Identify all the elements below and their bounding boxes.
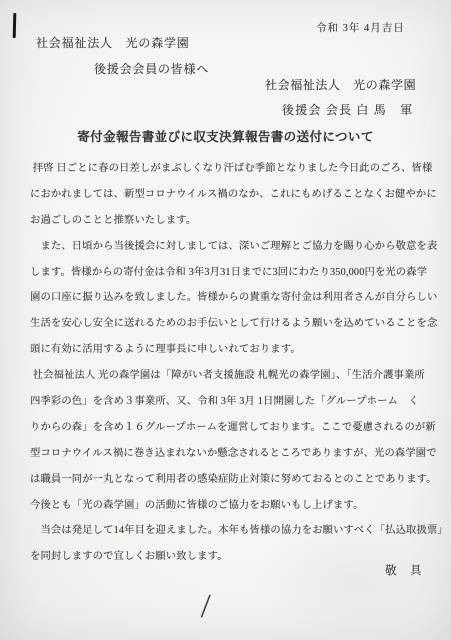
- body-line: 当会は発足して14年目を迎えました。本年も皆様の協力をお願いすべく「払込取扱票」: [30, 518, 428, 544]
- handwritten-page-mark: /: [200, 588, 211, 626]
- letter-body: 拝啓 日ごとに春の日差しがまぶしくなり汗ばむ季節となりました今日此のごろ、皆様 …: [30, 156, 428, 570]
- body-line: 今後とも「光の森学園」の活動に皆様のご協力をお願いもし上げます。: [30, 493, 428, 519]
- body-line: を同封しますので宜しくお願い致します。: [30, 544, 428, 570]
- closing-salutation: 敬 具: [385, 562, 423, 578]
- body-line: は職員一同が一丸となって利用者の感染症防止対策に努めておるとのことであります。: [30, 467, 428, 493]
- body-line: 生活を安心し安全に送れるためのお手伝いとして行けるよう願いを込めていることを念: [30, 311, 428, 337]
- scan-artifact-mark: [13, 13, 17, 38]
- body-line: 四季彩の色」を含め３事業所、又、令和 3年 3月 1日開園した「グループホーム …: [30, 389, 428, 415]
- letter-date: 令和 3年 4月吉日: [316, 20, 405, 35]
- body-line: お過ごしのことと推察いたします。: [30, 208, 428, 234]
- body-line: 型コロナウイルス禍に巻き込まれないか懸念されるところでありますが、光の森学園で: [30, 441, 428, 467]
- sender-organization: 社会福祉法人 光の森学園: [265, 76, 416, 93]
- addressee-organization: 社会福祉法人 光の森学園: [36, 34, 190, 51]
- body-line: 社会福祉法人 光の森学園は「障がい者支援施設 札幌光の森学園」、「生活介護事業所: [30, 363, 428, 389]
- body-line: 園の口座に振り込みを致しました。皆様からの貴重な寄付金は利用者さんが自分らしい: [30, 285, 428, 311]
- body-line: します。皆様からの寄付金は令和 3年3月31日までに3回にわたり350,000円…: [30, 260, 428, 286]
- addressee-recipients: 後援会会員の皆様へ: [94, 60, 209, 77]
- document-title: 寄付金報告書並びに収支決算報告書の送付について: [0, 127, 451, 145]
- scanned-letter-page: 令和 3年 4月吉日 社会福祉法人 光の森学園 後援会会員の皆様へ 社会福祉法人…: [0, 0, 451, 640]
- body-line: 拝啓 日ごとに春の日差しがまぶしくなり汗ばむ季節となりました今日此のごろ、皆様: [30, 156, 428, 182]
- body-line: におかれましては、新型コロナウイルス禍のなか、これにもめげることなくお健やかに: [30, 182, 428, 208]
- body-line: また、日頃から当後援会に対しましては、深いご理解とご協力を賜り心から敬意を表: [30, 234, 428, 260]
- body-line: りからの森」を含め１６グループホームを運営しております。ここで憂慮されるのが新: [30, 415, 428, 441]
- body-line: 頭に有効に活用するように理事長に申しいれております。: [30, 337, 428, 363]
- sender-signature: 後援会 会長 白 馬 軍: [282, 101, 413, 118]
